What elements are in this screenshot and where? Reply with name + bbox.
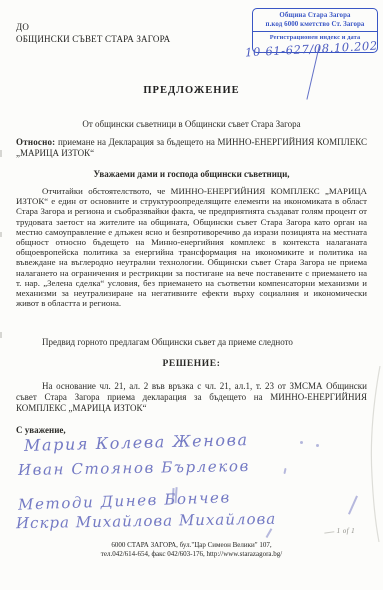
ink-artifact	[300, 441, 303, 444]
stamp-postcode: п.код 6000 кметство Ст. Загора	[255, 21, 375, 30]
ink-artifact	[283, 468, 286, 474]
recipient-line-council: ОБЩИНСКИ СЪВЕТ СТАРА ЗАГОРА	[16, 34, 170, 46]
stamp-municipality: Община Стара Загора	[255, 12, 375, 21]
page-number-indicator: 1 of 1	[324, 527, 355, 535]
footer-address: 6000 СТАРА ЗАГОРА, бул."Цар Симеон Велик…	[0, 541, 383, 558]
document-title: ПРЕДЛОЖЕНИЕ	[0, 85, 383, 96]
salutation: Уважаеми дами и господа общински съветни…	[0, 169, 383, 179]
subject-label: Относно:	[16, 137, 55, 147]
decision-paragraph: На основание чл. 21, ал. 2 във връзка с …	[16, 381, 367, 414]
signature-handwritten: Искра Михайлова Михайлова	[16, 510, 276, 533]
signature-handwritten: Методи Динев Бончев	[18, 488, 231, 513]
subject-line: Относно: приемане на Декларация за бъдещ…	[16, 137, 367, 159]
handwritten-registration-number: 10-61-627/08.10.202	[245, 39, 378, 60]
footer-line-contacts: тел.042/614-654, факс 042/603-176, http:…	[0, 550, 383, 559]
ink-artifact	[348, 496, 358, 515]
from-line: От общински съветници в Общински съвет С…	[0, 119, 383, 129]
body-paragraph: Отчитайки обстоятелството, че МИННО-ЕНЕР…	[16, 186, 367, 308]
scanned-document-page: ДО ОБЩИНСКИ СЪВЕТ СТАРА ЗАГОРА Община Ст…	[0, 0, 383, 590]
scan-smudge	[0, 232, 2, 237]
ink-artifact	[266, 528, 272, 537]
stamp-divider	[253, 31, 377, 32]
scan-smudge	[0, 150, 2, 157]
scan-smudge	[0, 332, 2, 338]
decision-heading: РЕШЕНИЕ:	[0, 359, 383, 369]
subject-text: приемане на Декларация за бъдещето на МИ…	[16, 137, 367, 158]
registration-stamp: Община Стара Загора п.код 6000 кметство …	[252, 8, 378, 53]
footer-line-address: 6000 СТАРА ЗАГОРА, бул."Цар Симеон Велик…	[0, 541, 383, 550]
proposal-line: Предвид горното предлагам Общински съвет…	[16, 337, 367, 347]
recipient-line-to: ДО	[16, 22, 170, 34]
recipient-block: ДО ОБЩИНСКИ СЪВЕТ СТАРА ЗАГОРА	[16, 22, 170, 45]
closing-salutation: С уважение,	[16, 425, 66, 435]
page-curl-shadow	[367, 366, 383, 542]
signature-handwritten: Иван Стоянов Бърлеков	[18, 457, 250, 479]
